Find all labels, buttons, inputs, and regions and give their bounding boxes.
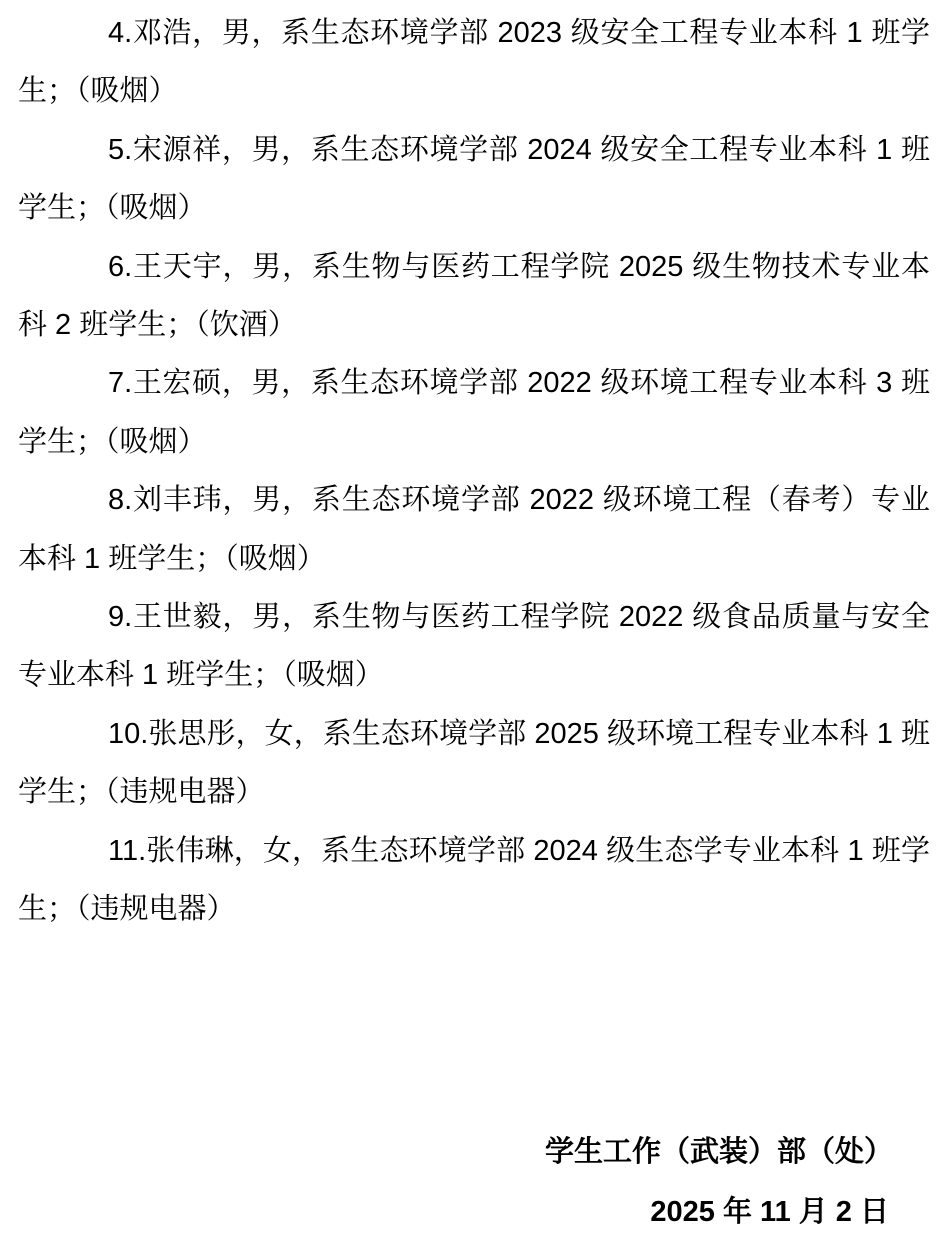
student-list-item: 4.邓浩，男，系生态环境学部 2023 级安全工程专业本科 1 班学生；（吸烟） <box>18 4 930 121</box>
signature-date: 2025 年 11 月 2 日 <box>0 1182 889 1238</box>
student-list-item: 8.刘丰玮，男，系生态环境学部 2022 级环境工程（春考）专业本科 1 班学生… <box>18 471 930 588</box>
student-list-item: 5.宋源祥，男，系生态环境学部 2024 级安全工程专业本科 1 班学生；（吸烟… <box>18 121 930 238</box>
student-list: 4.邓浩，男，系生态环境学部 2023 级安全工程专业本科 1 班学生；（吸烟）… <box>0 0 951 939</box>
document-page: 4.邓浩，男，系生态环境学部 2023 级安全工程专业本科 1 班学生；（吸烟）… <box>0 0 951 1238</box>
student-list-item: 11.张伟琳，女，系生态环境学部 2024 级生态学专业本科 1 班学生；（违规… <box>18 822 930 939</box>
student-list-item: 7.王宏硕，男，系生态环境学部 2022 级环境工程专业本科 3 班学生；（吸烟… <box>18 354 930 471</box>
student-list-item: 6.王天宇，男，系生物与医药工程学院 2025 级生物技术专业本科 2 班学生；… <box>18 238 930 355</box>
signature-department: 学生工作（武装）部（处） <box>0 1122 893 1182</box>
signature-block: 学生工作（武装）部（处） 2025 年 11 月 2 日 <box>0 1122 951 1238</box>
student-list-item: 10.张思彤，女，系生态环境学部 2025 级环境工程专业本科 1 班学生；（违… <box>18 705 930 822</box>
student-list-item: 9.王世毅，男，系生物与医药工程学院 2022 级食品质量与安全专业本科 1 班… <box>18 588 930 705</box>
